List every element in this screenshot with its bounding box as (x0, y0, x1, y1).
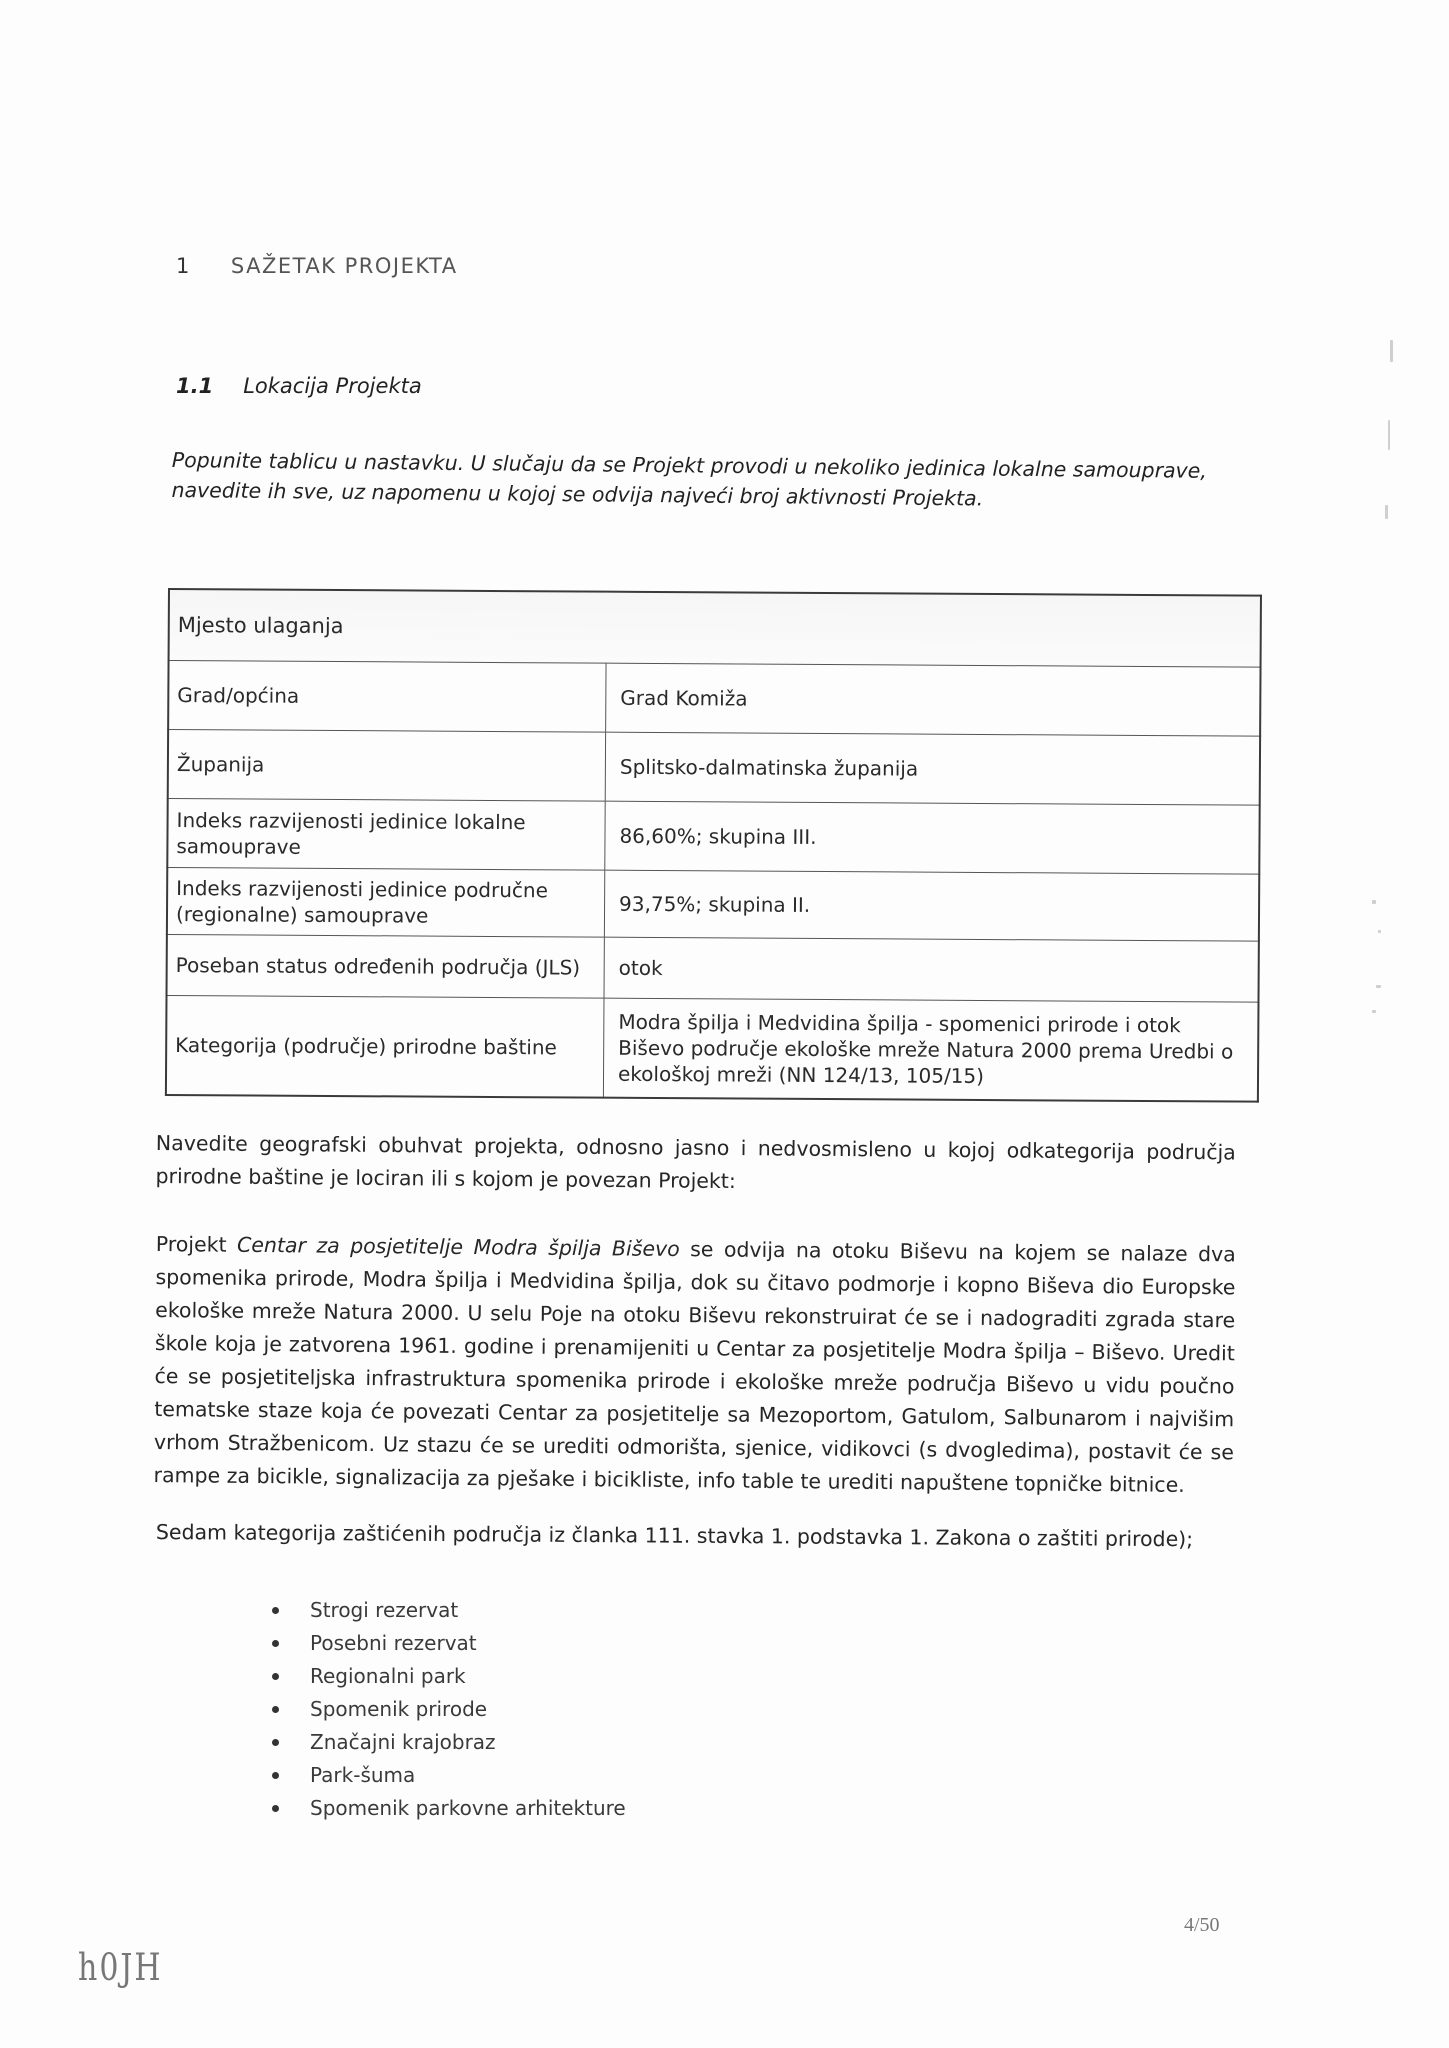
page-number: 4/50 (1184, 1914, 1220, 1937)
project-name: Centar za posjetitelje Modra špilja Biše… (237, 1233, 680, 1261)
section-title: SAŽETAK PROJEKTA (231, 254, 458, 278)
table-header: Mjesto ulaganja (169, 589, 1261, 667)
instruction-text: Popunite tablicu u nastavku. U slučaju d… (171, 445, 1262, 516)
list-item: Park-šuma (268, 1759, 626, 1792)
list-item: Spomenik prirode (268, 1693, 626, 1726)
table-row: Grad/općina Grad Komiža (168, 661, 1260, 737)
bullet-icon (272, 1739, 279, 1746)
row-label: Indeks razvijenosti jedinice lokalne sam… (167, 799, 605, 871)
subsection-number: 1.1 (176, 374, 213, 398)
section-number: 1 (176, 254, 191, 278)
scan-artifact (1385, 505, 1388, 519)
list-item-text: Regionalni park (310, 1664, 466, 1688)
bullet-icon (272, 1607, 279, 1614)
list-item-text: Park-šuma (310, 1763, 415, 1787)
description-lead: Projekt (156, 1232, 237, 1257)
document-page: 1 SAŽETAK PROJEKTA 1.1 Lokacija Projekta… (0, 0, 1449, 2048)
bullet-icon (272, 1640, 279, 1647)
scan-artifact (1372, 900, 1376, 904)
bullet-icon (272, 1673, 279, 1680)
row-value: otok (604, 937, 1259, 1002)
table-row: Županija Splitsko-dalmatinska županija (168, 730, 1260, 806)
list-item-text: Strogi rezervat (310, 1598, 458, 1622)
scan-artifact (1390, 340, 1393, 362)
location-table: Mjesto ulaganja Grad/općina Grad Komiža … (165, 588, 1262, 1103)
project-description: Projekt Centar za posjetitelje Modra špi… (153, 1228, 1235, 1502)
row-value: Splitsko-dalmatinska županija (605, 732, 1260, 805)
row-value: 86,60%; skupina III. (605, 801, 1260, 874)
list-item: Posebni rezervat (268, 1627, 626, 1660)
table-header-row: Mjesto ulaganja (169, 589, 1261, 667)
row-label: Kategorija (područje) prirodne baštine (166, 995, 604, 1097)
categories-intro: Sedam kategorija zaštićenih područja iz … (156, 1516, 1236, 1557)
table-row: Kategorija (područje) prirodne baštine M… (166, 995, 1259, 1101)
row-label: Županija (168, 730, 606, 802)
scan-artifact (1376, 985, 1381, 988)
handwritten-note: h0JH (78, 1946, 163, 1990)
scan-artifact (1372, 1010, 1376, 1013)
geo-prompt: Navedite geografski obuhvat projekta, od… (155, 1127, 1236, 1202)
row-value: Grad Komiža (606, 663, 1261, 736)
table-row: Indeks razvijenosti jedinice područne (r… (167, 868, 1259, 942)
row-value: 93,75%; skupina II. (604, 870, 1259, 941)
row-value: Modra špilja i Medvidina špilja - spomen… (603, 998, 1258, 1101)
list-item-text: Spomenik prirode (310, 1697, 487, 1721)
list-item-text: Spomenik parkovne arhitekture (310, 1796, 626, 1820)
categories-list: Strogi rezervat Posebni rezervat Regiona… (268, 1594, 626, 1825)
row-label: Grad/općina (168, 661, 606, 733)
list-item: Spomenik parkovne arhitekture (268, 1792, 626, 1825)
bullet-icon (272, 1805, 279, 1812)
table-row: Poseban status određenih područja (JLS) … (167, 934, 1259, 1002)
list-item-text: Posebni rezervat (310, 1631, 477, 1655)
list-item: Regionalni park (268, 1660, 626, 1693)
list-item: Strogi rezervat (268, 1594, 626, 1627)
section-heading: 1 SAŽETAK PROJEKTA (176, 254, 458, 278)
subsection-heading: 1.1 Lokacija Projekta (176, 374, 422, 398)
bullet-icon (272, 1772, 279, 1779)
bullet-icon (272, 1706, 279, 1713)
table-row: Indeks razvijenosti jedinice lokalne sam… (167, 799, 1259, 875)
description-body: se odvija na otoku Biševu na kojem se na… (154, 1237, 1236, 1497)
subsection-title: Lokacija Projekta (243, 374, 422, 398)
list-item: Značajni krajobraz (268, 1726, 626, 1759)
list-item-text: Značajni krajobraz (310, 1730, 496, 1754)
scan-artifact (1388, 420, 1390, 450)
scan-artifact (1378, 930, 1381, 933)
row-label: Poseban status određenih područja (JLS) (167, 934, 605, 998)
row-label: Indeks razvijenosti jedinice područne (r… (167, 868, 605, 938)
